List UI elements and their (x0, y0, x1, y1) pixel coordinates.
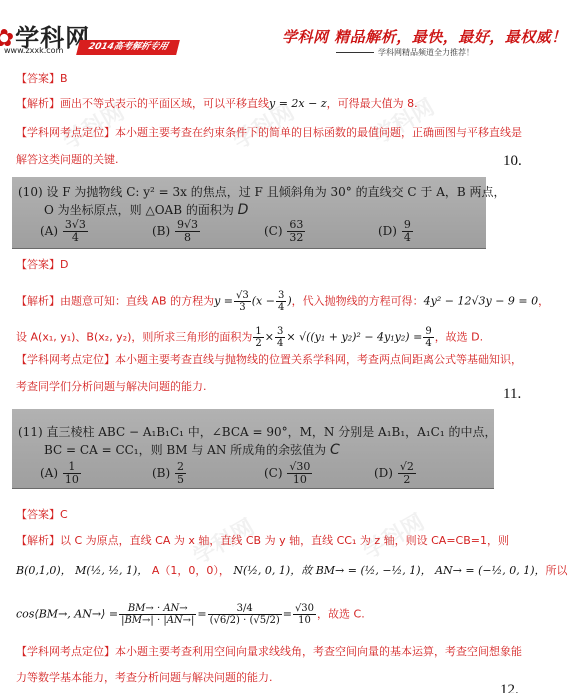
q10-focus-line2: 考查同学们分析问题与解决问题的能力. (16, 380, 207, 394)
q9-focus-line1: 【学科网考点定位】本小题主要考查在约束条件下的简单的目标函数的最值问题，正确画图… (16, 126, 522, 140)
q10-stem-line1: (10) 设 F 为抛物线 C: y² = 3x 的焦点，过 F 且倾斜角为 3… (18, 183, 506, 200)
q10-option-d: (D) 94 (378, 219, 414, 244)
slogan: 学科网 精品解析，最快，最好，最权威！ (282, 26, 567, 47)
q11-stem-line2: BC = CA = CC₁，则 BM 与 AN 所成角的余弦值为 C (44, 441, 340, 458)
q11-focus-line1: 【学科网考点定位】本小题主要考查利用空间向量求线线角，考查空间向量的基本运算，考… (16, 645, 522, 659)
dash-divider (336, 52, 374, 53)
q10-option-a: (A) 3√34 (40, 219, 89, 244)
q11-question-photo: (11) 直三棱柱 ABC − A₁B₁C₁ 中，∠BCA = 90°，M，N … (12, 409, 494, 489)
question-number-12: 12. (500, 682, 519, 693)
q11-analysis-line3: cos⟨BM→, AN→⟩ =BM→ · AN→|BM→| · |AN→|=3/… (16, 603, 365, 626)
q11-option-b: (B) 25 (152, 461, 187, 486)
sub-slogan: 学科网精品频道全力推荐！ (336, 47, 474, 58)
page-header: ✿学科网 www.zxxk.com 2014高考解析专用 学科网 精品解析，最快… (0, 0, 580, 60)
q10-analysis-line1: 【解析】由题意可知：直线 AB 的方程为y =√33(x −34)，代入抛物线的… (16, 290, 549, 313)
q11-analysis-line1: 【解析】以 C 为原点，直线 CA 为 x 轴，直线 CB 为 y 轴，直线 C… (16, 534, 509, 548)
q10-stem-line2: O 为坐标原点，则 △OAB 的面积为 D (44, 201, 248, 218)
q10-answer: 【答案】D (16, 258, 68, 272)
q9-focus-line2: 解答这类问题的关键. (16, 153, 119, 167)
q11-analysis-line2: B(0,1,0)， M(½, ½, 1)， A（1，0，0）， N(½, 0, … (16, 564, 568, 578)
q9-analysis: 【解析】画出不等式表示的平面区域，可以平移直线y = 2x − z，可得最大值为… (16, 97, 418, 111)
q11-answer: 【答案】C (16, 508, 68, 522)
question-number-11: 11. (503, 386, 521, 403)
q9-answer: 【答案】B (16, 72, 68, 86)
question-number-10: 10. (503, 153, 522, 170)
q11-option-a: (A) 110 (40, 461, 82, 486)
q10-focus-line1: 【学科网考点定位】本小题主要考查直线与抛物线的位置关系学科网，考查两点间距离公式… (16, 353, 522, 367)
site-url: www.zxxk.com (4, 46, 63, 55)
q11-focus-line2: 力等数学基本能力，考查分析问题与解决问题的能力. (16, 671, 273, 685)
q11-stem-line1: (11) 直三棱柱 ABC − A₁B₁C₁ 中，∠BCA = 90°，M，N … (18, 423, 496, 440)
handwritten-answer: D (238, 202, 249, 218)
q10-analysis-line2: 设 A(x₁, y₁)、B(x₂, y₂)，则所求三角形的面积为12×34× √… (16, 326, 483, 349)
q11-option-d: (D) √22 (374, 461, 417, 486)
q10-option-b: (B) 9√38 (152, 219, 201, 244)
q10-question-photo: (10) 设 F 为抛物线 C: y² = 3x 的焦点，过 F 且倾斜角为 3… (12, 177, 486, 249)
q10-option-c: (C) 6332 (264, 219, 306, 244)
handwritten-answer: C (330, 442, 340, 458)
q11-option-c: (C) √3010 (264, 461, 313, 486)
exam-banner: 2014高考解析专用 (76, 40, 180, 55)
